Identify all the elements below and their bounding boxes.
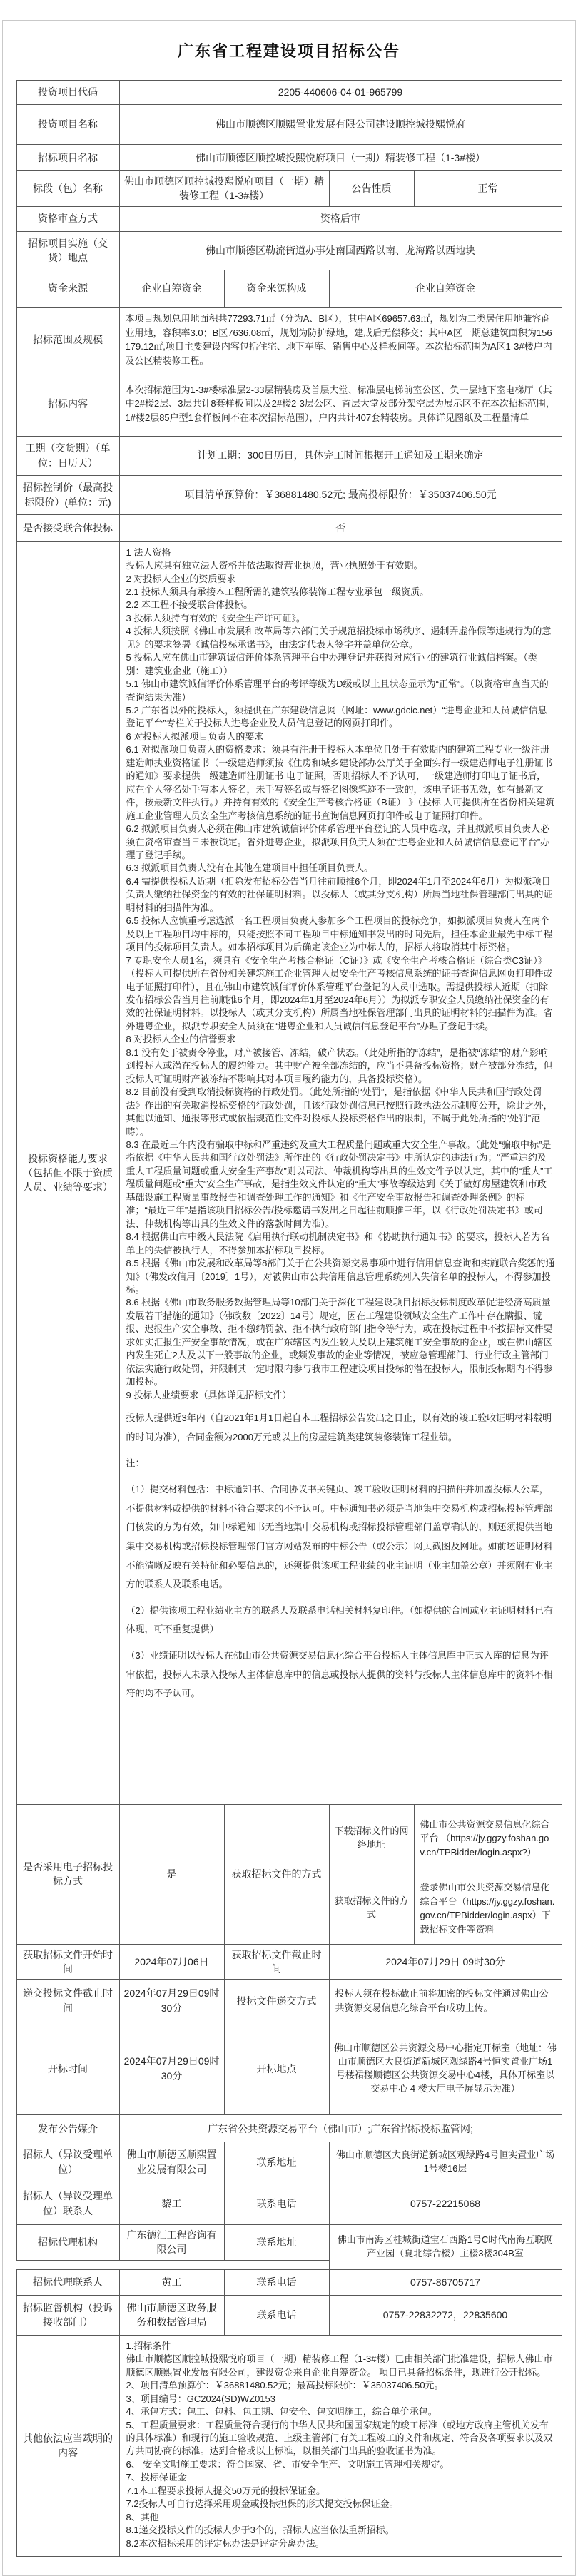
fund-source-value: 企业自筹资金 [119,270,224,307]
location-label: 招标项目实施（交货）地点 [16,231,119,270]
row-qualification-requirements: 投标资格能力要求（包括但不限于资质人员、业绩等要求） 1 法人资格投标人应具有独… [16,541,562,1804]
media-label: 发布公告媒介 [16,2115,119,2142]
download-address-value: 佛山市公共资源交易信息化综合平台 （https://jy.ggzy.foshan… [414,1804,562,1873]
agency-spacer-cell [16,2260,329,2269]
project-name-label: 投资项目名称 [16,105,119,145]
row-supervisor: 招标监督机构（投诉接收部门） 佛山市顺德区政务服务和数据管理局 联系电话 075… [16,2295,562,2335]
row-opening: 开标时间 2024年07月29日09时30分 开标地点 佛山市顺德区公共资源交易… [16,2022,562,2115]
e-bidding-label: 是否采用电子招标投标方式 [16,1804,119,1944]
open-place-label: 开标地点 [224,2022,329,2115]
agency-value: 广东德汇工程咨询有限公司 [119,2225,224,2261]
doc-end-label: 获取招标文件截止时间 [224,1944,329,1980]
row-agency: 招标代理机构 广东德汇工程咨询有限公司 联系地址 佛山市南海区桂城街道宝石西路1… [16,2225,562,2261]
row-project-name: 投资项目名称 佛山市顺德区顺熙置业发展有限公司建设顺控城投熙悦府 [16,105,562,145]
row-consortium: 是否接受联合体投标 否 [16,514,562,541]
submit-deadline-label: 递交投标文件截止时间 [16,1980,119,2022]
row-agency-contact: 招标代理联系人 黄工 联系电话 0757-86705717 [16,2269,562,2295]
supervisor-phone-label: 联系电话 [224,2295,329,2335]
row-tenderer-contact: 招标人（异议受理单位）联系人 黎工 联系电话 0757-22215068 [16,2182,562,2225]
qual-review-label: 资格审查方式 [16,206,119,231]
tender-name-label: 招标项目名称 [16,145,119,171]
row-scope: 招标范围及规模 本项目规划总用地面积共77293.71㎡（分为A、B区），其中A… [16,307,562,372]
agency-address-label: 联系地址 [224,2225,329,2261]
supervisor-value: 佛山市顺德区政务服务和数据管理局 [119,2295,224,2335]
row-qualification-review: 资格审查方式 资格后审 [16,206,562,231]
submit-deadline-value: 2024年07月29日09时30分 [119,1980,224,2022]
announcement-page: 广东省工程建设项目招标公告 投资项目代码 2205-440606-04-01-9… [2,20,576,2576]
obtain-method-value: 登录佛山市公共资源交易信息化综合平台（https://jy.ggzy.fosha… [414,1873,562,1944]
notice-nature-value: 正常 [414,171,562,207]
download-address-label: 下载招标文件的网络地址 [329,1804,414,1873]
agency-contact-value: 黄工 [119,2269,224,2295]
other-content-text: 1.招标条件佛山市顺德区顺控城投熙悦府项目（一期）精装修工程（1-3#楼）已由相… [119,2335,562,2556]
duration-value: 计划工期：300日历日，具体完工时间根据开工通知及工期来确定 [119,436,562,475]
obtain-method-group-label: 获取招标文件的方式 [224,1804,329,1944]
scope-value: 本项目规划总用地面积共77293.71㎡（分为A、B区），其中A区69657.6… [119,307,562,372]
fund-composition-value: 企业自筹资金 [329,270,562,307]
consortium-value: 否 [119,514,562,541]
doc-start-label: 获取招标文件开始时间 [16,1944,119,1980]
row-content: 招标内容 本次招标范围为1-3#楼标准层2-33层精装房及首层大堂、标准层电梯前… [16,372,562,436]
notice-nature-label: 公告性质 [329,171,414,207]
row-media: 发布公告媒介 广东省公共资源交易平台（佛山市）;广东省招标投标监管网; [16,2115,562,2142]
row-location: 招标项目实施（交货）地点 佛山市顺德区勒流街道办事处南国西路以南、龙海路以西地块 [16,231,562,270]
supervisor-phone-value: 0757-22832272，22835600 [329,2295,562,2335]
tenderer-value: 佛山市顺德区顺熙置业发展有限公司 [119,2142,224,2182]
duration-label: 工期（交货期）（单位：日历天） [16,436,119,475]
row-submit: 递交投标文件截止时间 2024年07月29日09时30分 投标文件递交方式 投标… [16,1980,562,2022]
location-value: 佛山市顺德区勒流街道办事处南国西路以南、龙海路以西地块 [119,231,562,270]
tenderer-contact-value: 黎工 [119,2182,224,2225]
agency-phone-value: 0757-86705717 [329,2269,562,2295]
tenderer-phone-value: 0757-22215068 [329,2182,562,2225]
media-value: 广东省公共资源交易平台（佛山市）;广东省招标投标监管网; [119,2115,562,2142]
consortium-label: 是否接受联合体投标 [16,514,119,541]
row-price-limit: 招标控制价（最高投标限价）(单位：元) 项目清单预算价：￥36881480.52… [16,475,562,514]
agency-contact-label: 招标代理联系人 [16,2269,119,2295]
row-section-name: 标段（包）名称 佛山市顺德区顺控城投熙悦府项目（一期）精装修工程（1-3#楼） … [16,171,562,207]
open-time-label: 开标时间 [16,2022,119,2115]
tenderer-contact-label: 招标人（异议受理单位）联系人 [16,2182,119,2225]
qualification-text: 1 法人资格投标人应具有独立法人资格并依法取得营业执照，营业执照处于有效期。2 … [119,541,562,1804]
row-tenderer: 招标人（异议受理单位） 佛山市顺德区顺熙置业发展有限公司 联系地址 佛山市顺德区… [16,2142,562,2182]
fund-composition-label: 资金来源构成 [224,270,329,307]
qual-review-value: 资格后审 [119,206,562,231]
tenderer-address-value: 佛山市顺德区大良街道新城区观绿路4号恒实置业广场1号楼16层 [329,2142,562,2182]
fund-source-label: 资金来源 [16,270,119,307]
section-name-label: 标段（包）名称 [16,171,119,207]
price-limit-label: 招标控制价（最高投标限价）(单位：元) [16,475,119,514]
row-fund-source: 资金来源 企业自筹资金 资金来源构成 企业自筹资金 [16,270,562,307]
price-limit-value: 项目清单预算价：￥36881480.52元; 最高投标限价：￥35037406.… [119,475,562,514]
page-title: 广东省工程建设项目招标公告 [3,39,575,61]
supervisor-label: 招标监督机构（投诉接收部门） [16,2295,119,2335]
content-label: 招标内容 [16,372,119,436]
open-place-value: 佛山市顺德区公共资源交易中心指定开标室（地址：佛山市顺德区大良街道新城区观绿路4… [329,2022,562,2115]
submit-method-value: 投标人须在投标截止前将加密的投标文件通过佛山公共资源交易信息化综合平台成功上传。 [329,1980,562,2022]
doc-start-value: 2024年07月06日 [119,1944,224,1980]
e-bidding-value: 是 [119,1804,224,1944]
submit-method-label: 投标文件递交方式 [224,1980,329,2022]
row-doc-times: 获取招标文件开始时间 2024年07月06日 获取招标文件截止时间 2024年0… [16,1944,562,1980]
row-duration: 工期（交货期）（单位：日历天） 计划工期：300日历日，具体完工时间根据开工通知… [16,436,562,475]
row-tender-name: 招标项目名称 佛山市顺德区顺控城投熙悦府项目（一期）精装修工程（1-3#楼） [16,145,562,171]
project-name-value: 佛山市顺德区顺熙置业发展有限公司建设顺控城投熙悦府 [119,105,562,145]
scope-label: 招标范围及规模 [16,307,119,372]
tenderer-phone-label: 联系电话 [224,2182,329,2225]
tenderer-address-label: 联系地址 [224,2142,329,2182]
qualification-label: 投标资格能力要求（包括但不限于资质人员、业绩等要求） [16,541,119,1804]
other-content-label: 其他依法应当载明的内容 [16,2335,119,2556]
project-code-value: 2205-440606-04-01-965799 [119,81,562,105]
project-code-label: 投资项目代码 [16,81,119,105]
tender-name-value: 佛山市顺德区顺控城投熙悦府项目（一期）精装修工程（1-3#楼） [119,145,562,171]
obtain-method-label: 获取招标文件的方式 [329,1873,414,1944]
doc-end-value: 2024年07月29日 09时30分 [329,1944,562,1980]
row-project-code: 投资项目代码 2205-440606-04-01-965799 [16,81,562,105]
row-e-bidding: 是否采用电子招标投标方式 是 获取招标文件的方式 下载招标文件的网络地址 佛山市… [16,1804,562,1873]
agency-label: 招标代理机构 [16,2225,119,2261]
announcement-table: 投资项目代码 2205-440606-04-01-965799 投资项目名称 佛… [16,80,562,2557]
open-time-value: 2024年07月29日09时30分 [119,2022,224,2115]
section-name-value: 佛山市顺德区顺控城投熙悦府项目（一期）精装修工程（1-3#楼） [119,171,329,207]
content-value: 本次招标范围为1-3#楼标准层2-33层精装房及首层大堂、标准层电梯前室公区、负… [119,372,562,436]
tenderer-label: 招标人（异议受理单位） [16,2142,119,2182]
agency-address-value: 佛山市南海区桂城街道宝石西路1号C时代南海互联网产业园（夏北综合楼）主楼3楼30… [329,2225,562,2270]
agency-phone-label: 联系电话 [224,2269,329,2295]
row-other-content: 其他依法应当载明的内容 1.招标条件佛山市顺德区顺控城投熙悦府项目（一期）精装修… [16,2335,562,2556]
